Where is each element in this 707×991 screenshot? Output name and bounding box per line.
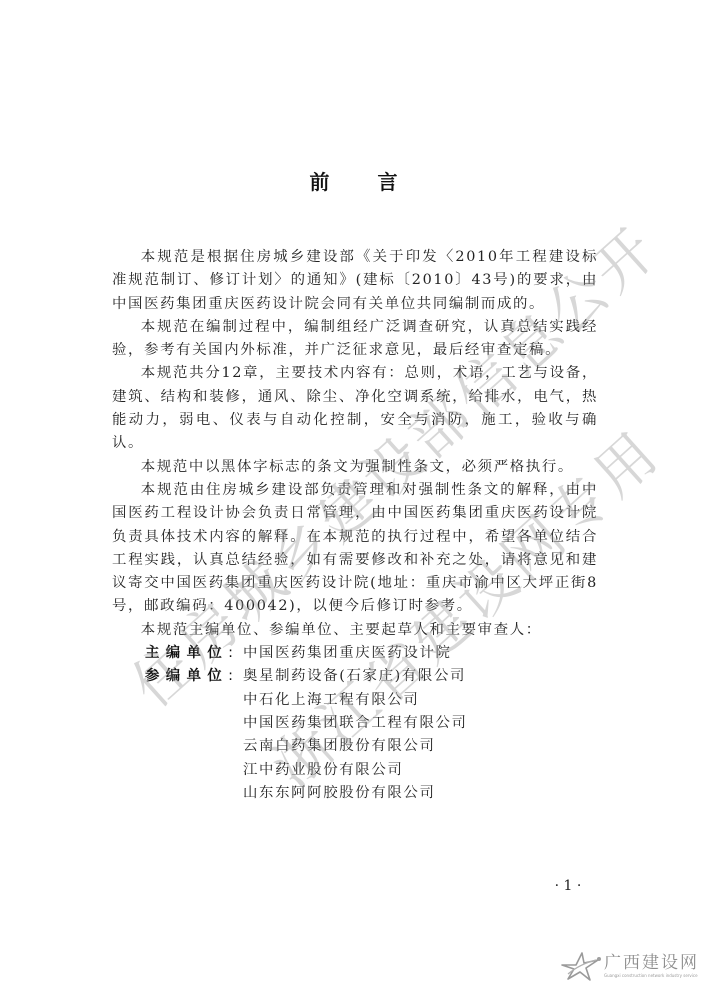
paragraph-basis: 本规范是根据住房城乡建设部《关于印发〈2010年工程建设标准规范制订、修订计划〉… bbox=[112, 246, 598, 316]
title-char-1: 前 bbox=[310, 170, 378, 194]
paragraph-process: 本规范在编制过程中，编制组经广泛调查研究，认真总结实践经验，参考有关国内外标准，… bbox=[112, 316, 598, 363]
chief-unit-values: 中国医药集团重庆医药设计院 bbox=[243, 642, 452, 665]
site-name: 广西建设网 bbox=[604, 953, 699, 973]
participating-units-label: 参编单位: bbox=[145, 665, 243, 805]
participating-unit: 中国医药集团联合工程有限公司 bbox=[243, 712, 468, 735]
participating-units-label-text: 参编单位 bbox=[145, 668, 228, 684]
site-subtitle: Guangxi construction network industry se… bbox=[604, 973, 699, 979]
participating-unit: 山东东阿阿胶股份有限公司 bbox=[243, 782, 468, 805]
site-logo: 广西建设网 Guangxi construction network indus… bbox=[560, 948, 705, 984]
star-logo-icon bbox=[560, 950, 602, 982]
document-page: 前言 本规范是根据住房城乡建设部《关于印发〈2010年工程建设标准规范制订、修订… bbox=[0, 0, 707, 991]
paragraph-units-intro: 本规范主编单位、参编单位、主要起草人和主要审查人： bbox=[112, 619, 598, 642]
chief-unit-value: 中国医药集团重庆医药设计院 bbox=[243, 642, 452, 665]
site-logo-text: 广西建设网 Guangxi construction network indus… bbox=[604, 953, 699, 979]
participating-unit: 云南白药集团股份有限公司 bbox=[243, 735, 468, 758]
participating-units-list: 奥星制药设备(石家庄)有限公司 中石化上海工程有限公司 中国医药集团联合工程有限… bbox=[243, 665, 468, 805]
chief-unit-label-text: 主编单位 bbox=[145, 645, 228, 661]
page-title: 前言 bbox=[0, 166, 707, 195]
paragraph-management: 本规范由住房城乡建设部负责管理和对强制性条文的解释，由中国医药工程设计协会负责日… bbox=[112, 479, 598, 619]
participating-unit: 中石化上海工程有限公司 bbox=[243, 689, 468, 712]
chief-unit-colon: : bbox=[228, 645, 233, 661]
title-char-2: 言 bbox=[378, 170, 446, 194]
participating-unit: 奥星制药设备(石家庄)有限公司 bbox=[243, 665, 468, 688]
participating-units-row: 参编单位: 奥星制药设备(石家庄)有限公司 中石化上海工程有限公司 中国医药集团… bbox=[112, 665, 598, 805]
chief-unit-row: 主编单位: 中国医药集团重庆医药设计院 bbox=[112, 642, 598, 665]
paragraph-contents: 本规范共分12章，主要技术内容有：总则，术语，工艺与设备，建筑、结构和装修，通风… bbox=[112, 362, 598, 455]
participating-unit: 江中药业股份有限公司 bbox=[243, 759, 468, 782]
preface-body: 本规范是根据住房城乡建设部《关于印发〈2010年工程建设标准规范制订、修订计划〉… bbox=[112, 246, 598, 805]
participating-units-colon: : bbox=[228, 668, 233, 684]
paragraph-mandatory: 本规范中以黑体字标志的条文为强制性条文，必须严格执行。 bbox=[112, 456, 598, 479]
page-number: · 1 · bbox=[548, 878, 588, 894]
chief-unit-label: 主编单位: bbox=[145, 642, 243, 665]
